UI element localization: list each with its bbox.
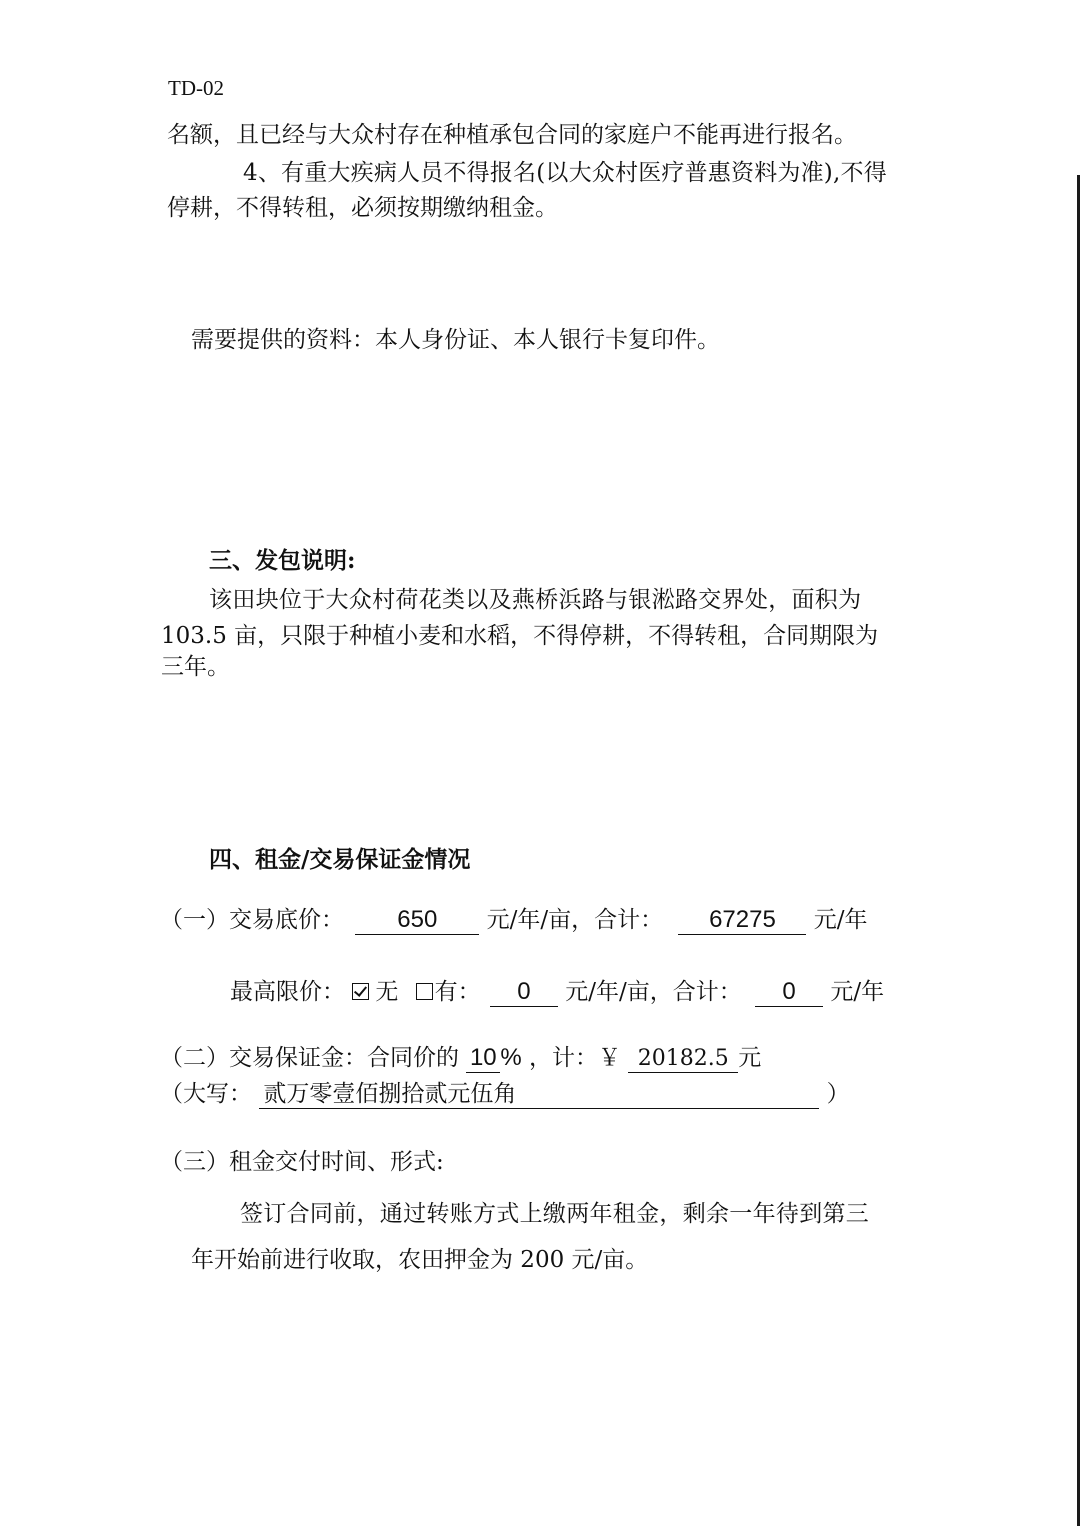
payment-line-1: 签订合同前，通过转账方式上缴两年租金，剩余一年待到第三 [240,1203,869,1226]
base-price-label: （一）交易底价： [160,907,344,933]
section-3-heading: 三、发包说明: [209,549,356,572]
deposit-capital-label: （大写： [160,1081,252,1107]
eligibility-line: 名额，且已经与大众村存在种植承包合同的家庭户不能再进行报名。 [167,124,857,147]
base-price-row: （一）交易底价： 650 元/年/亩，合计： 67275 元/年 [160,908,868,935]
max-price-none-checkbox[interactable] [352,983,369,1000]
deposit-label: （二）交易保证金：合同价的 [160,1045,459,1071]
max-price-none-label: 无 [375,979,398,1005]
max-price-row: 最高限价： 无 有： 0 元/年/亩，合计： 0 元/年 [230,980,884,1007]
section-3-line-3: 三年。 [161,656,230,679]
max-price-has-checkbox[interactable] [416,983,433,1000]
base-price-unit: 元/年/亩，合计： [487,907,664,933]
base-price-total-unit: 元/年 [814,907,868,933]
deposit-percent: 10 [466,1046,500,1073]
document-code: TD-02 [168,76,224,101]
max-price-unit: 元/年/亩，合计： [565,979,742,1005]
max-price-value: 0 [490,980,558,1007]
max-price-total: 0 [755,980,823,1007]
deposit-amount-unit: 元 [738,1045,761,1071]
base-price-total: 67275 [678,908,806,935]
deposit-capital-close: ） [827,1081,850,1107]
max-price-total-unit: 元/年 [830,979,884,1005]
deposit-percent-sign: % [500,1044,521,1071]
deposit-capital-row: （大写： 贰万零壹佰捌拾贰元伍角 ） [160,1083,850,1109]
payment-line-2: 年开始前进行收取，农田押金为 200 元/亩。 [191,1249,648,1272]
section-4-heading: 四、租金/交易保证金情况 [209,848,470,871]
deposit-amount: 20182.5 [628,1048,738,1073]
required-materials: 需要提供的资料：本人身份证、本人银行卡复印件。 [191,329,720,352]
base-price-value: 650 [355,908,479,935]
document-page: TD-02 名额，且已经与大众村存在种植承包合同的家庭户不能再进行报名。 4、有… [0,0,1080,1526]
section-3-line-2: 103.5 亩，只限于种植小麦和水稻，不得停耕，不得转租，合同期限为 [161,625,878,648]
item-4-line-1: 4、有重大疾病人员不得报名(以大众村医疗普惠资料为准),不得 [243,162,887,185]
deposit-calc-label: ，计：￥ [529,1045,621,1071]
max-price-has-label: 有： [435,979,481,1005]
payment-heading: （三）租金交付时间、形式: [160,1151,444,1174]
deposit-capital-value: 贰万零壹佰捌拾贰元伍角 [259,1083,819,1109]
max-price-label: 最高限价： [230,979,345,1005]
deposit-row: （二）交易保证金：合同价的 10% ，计：￥ 20182.5元 [160,1046,761,1073]
item-4-line-2: 停耕，不得转租，必须按期缴纳租金。 [167,197,558,220]
section-3-line-1: 该田块位于大众村荷花类以及燕桥浜路与银淞路交界处，面积为 [209,589,861,612]
